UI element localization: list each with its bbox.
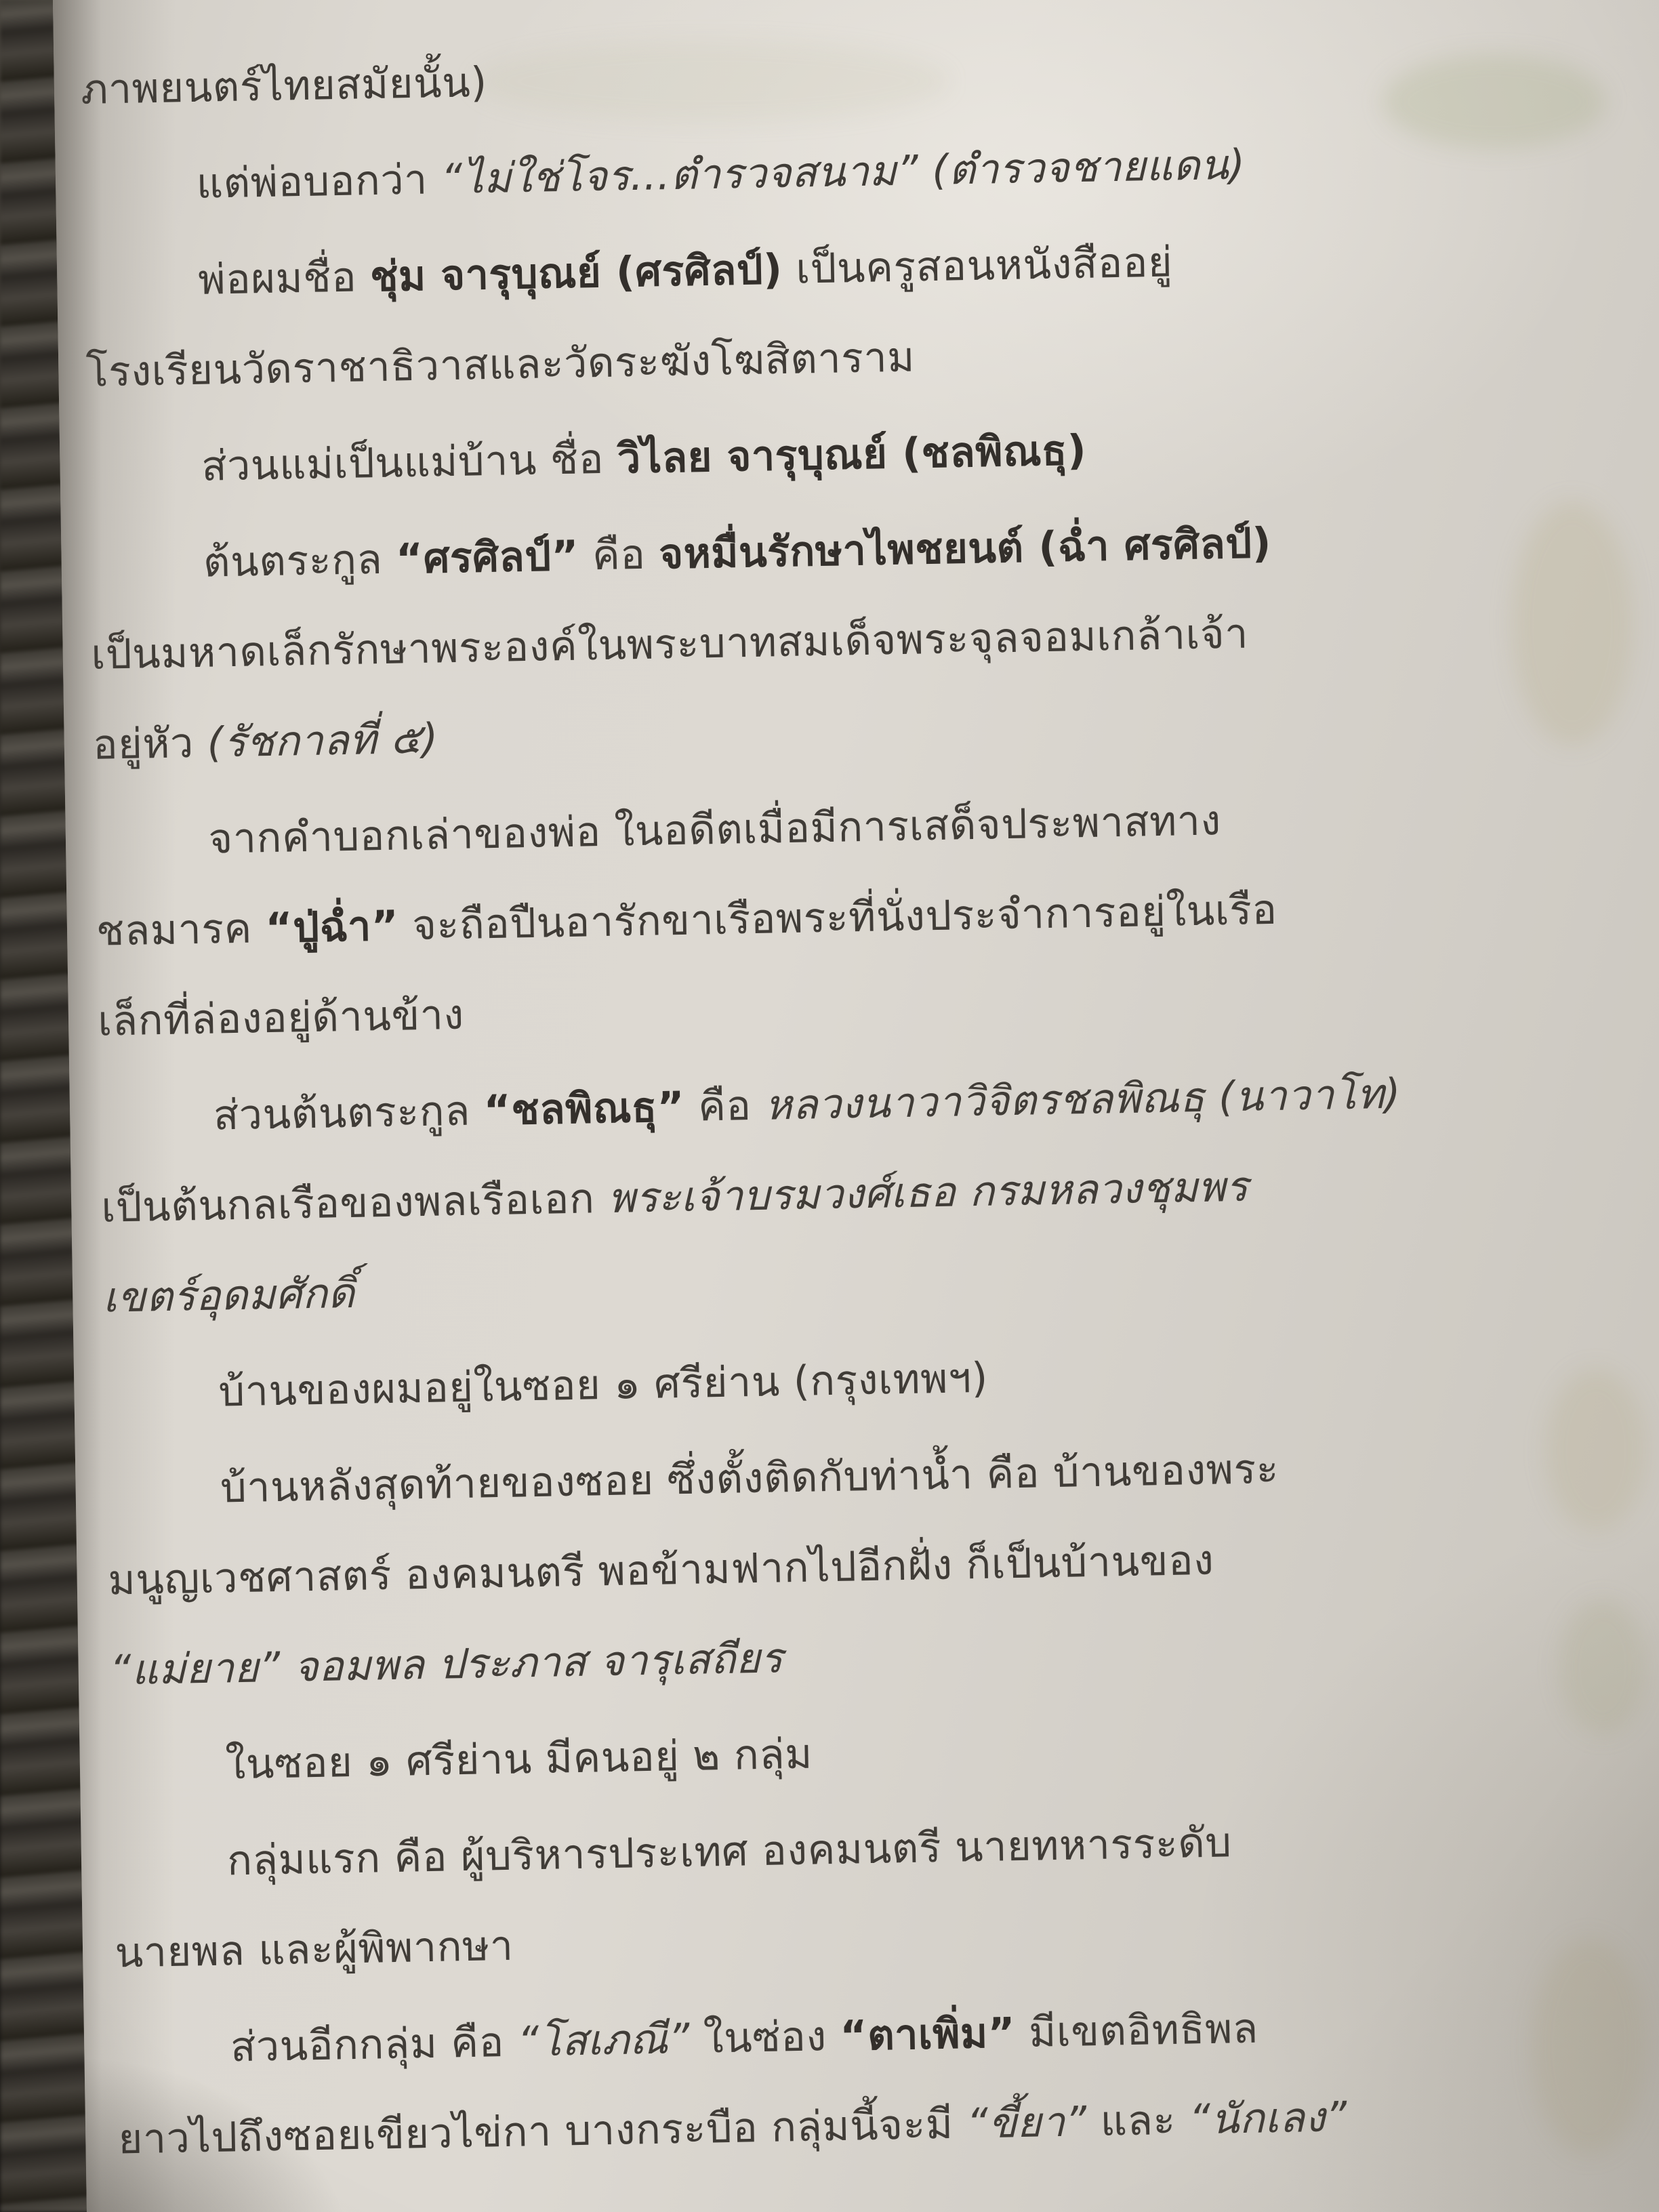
italic-text: “ขี้ยา” — [966, 2097, 1088, 2148]
text-line: มนูญเวชศาสตร์ องคมนตรี พอข้ามฟากไปอีกฝั่… — [107, 1507, 1659, 1626]
text-line: โรงเรียนวัดราชาธิวาสและวัดระฆังโฆสิตาราม — [85, 299, 1637, 417]
body-text: บ้านหลังสุดท้ายของซอย ซึ่งตั้งติดกับท่าน… — [220, 1445, 1279, 1513]
italic-text: เขตร์อุดมศักดิ์ — [102, 1269, 355, 1322]
text-line: “แม่ยาย” จอมพล ประภาส จารุเสถียร — [109, 1597, 1659, 1716]
text-line: เป็นมหาดเล็กรักษาพระองค์ในพระบาทสมเด็จพร… — [90, 581, 1642, 700]
text-line: ภาพยนตร์ไทยสมัยนั้น) — [80, 16, 1632, 135]
text-line: กลุ่มแรก คือ ผู้บริหารประเทศ องคมนตรี นา… — [112, 1790, 1659, 1908]
text-line: เขตร์อุดมศักดิ์ — [102, 1225, 1654, 1343]
text-line: บ้านหลังสุดท้ายของซอย ซึ่งตั้งติดกับท่าน… — [106, 1417, 1658, 1536]
body-text: ส่วนแม่เป็นแม่บ้าน ชื่อ — [201, 435, 618, 491]
paragraph: กลุ่มแรก คือ ผู้บริหารประเทศ องคมนตรี นา… — [112, 1790, 1659, 1999]
show-through-stain — [1559, 1599, 1647, 1735]
body-text: นายพล และผู้พิพากษา — [115, 1922, 514, 1978]
show-through-stain — [1545, 1369, 1647, 1532]
paragraph: ส่วนอีกกลุ่ม คือ “โสเภณี” ในซ่อง “ตาเพิ่… — [116, 1976, 1659, 2185]
body-text: โรงเรียนวัดราชาธิวาสและวัดระฆังโฆสิตาราม — [85, 333, 915, 396]
italic-text: (ตำรวจชายแดน) — [918, 141, 1246, 195]
text-line: ต้นตระกูล “ศรศิลป์” คือ จหมื่นรักษาไพชยน… — [89, 491, 1641, 610]
body-text: ต้นตระกูล — [203, 535, 396, 587]
paragraph: แต่พ่อบอกว่า “ไม่ใช่โจร...ตำรวจสนาม” (ตำ… — [82, 112, 1634, 231]
text-line: ในซอย ๑ ศรีย่าน มีคนอยู่ ๒ กลุ่ม — [110, 1694, 1659, 1812]
paragraph: พ่อผมชื่อ ชุ่ม จารุบุณย์ (ศรศิลป์) เป็นค… — [83, 209, 1637, 417]
bold-text: วิไลย จารุบุณย์ (ชลพิณธุ) — [617, 426, 1087, 483]
text-line: พ่อผมชื่อ ชุ่ม จารุบุณย์ (ศรศิลป์) เป็นค… — [83, 209, 1635, 327]
italic-text: (รัชกาลที่ ๕) — [207, 714, 438, 766]
body-text: ในซอย ๑ ศรีย่าน มีคนอยู่ ๒ กลุ่ม — [225, 1730, 813, 1789]
body-text: คือ — [684, 1082, 766, 1131]
text-line: แต่พ่อบอกว่า “ไม่ใช่โจร...ตำรวจสนาม” (ตำ… — [82, 112, 1634, 231]
show-through-stain — [1511, 501, 1633, 745]
paragraph: ต้นตระกูล “ศรศิลป์” คือ จหมื่นรักษาไพชยน… — [89, 491, 1644, 790]
paragraph: ภาพยนตร์ไทยสมัยนั้น) — [80, 16, 1632, 135]
body-text: ยาวไปถึงซอยเขียวไข่กา บางกระบือ กลุ่มนี้… — [118, 2100, 967, 2164]
bold-text: “ตาเพิ่ม” — [840, 2009, 1016, 2060]
body-text: ส่วนอีกกลุ่ม คือ — [230, 2018, 518, 2072]
paragraph: ในซอย ๑ ศรีย่าน มีคนอยู่ ๒ กลุ่ม — [110, 1694, 1659, 1812]
body-text: จะถือปืนอารักขาเรือพระที่นั่งประจำการอยู… — [398, 886, 1278, 950]
body-text: เป็นต้นกลเรือของพลเรือเอก — [101, 1174, 609, 1232]
text-line: เป็นต้นกลเรือของพลเรือเอก พระเจ้าบรมวงศ์… — [100, 1134, 1652, 1253]
body-text: ในซ่อง — [689, 2012, 840, 2063]
paragraph: บ้านหลังสุดท้ายของซอย ซึ่งตั้งติดกับท่าน… — [106, 1417, 1659, 1716]
body-text: ชลมารค — [96, 904, 266, 956]
body-text: แต่พ่อบอกว่า — [196, 155, 441, 208]
text-line: ยาวไปถึงซอยเขียวไข่กา บางกระบือ กลุ่มนี้… — [117, 2066, 1659, 2185]
body-text: ส่วนต้นตระกูล — [213, 1086, 484, 1139]
body-text: คือ — [578, 530, 659, 579]
text-line: ส่วนอีกกลุ่ม คือ “โสเภณี” ในซ่อง “ตาเพิ่… — [116, 1976, 1659, 2095]
italic-text: หลวงนาวาวิจิตรชลพิณธุ (นาวาโท) — [764, 1070, 1401, 1130]
body-text: เล็กที่ล่องอยู่ด้านข้าง — [98, 991, 465, 1046]
italic-text: จอมพล ประภาส จารุเสถียร — [293, 1634, 783, 1691]
body-text: บ้านของผมอยู่ในซอย ๑ ศรีย่าน (กรุงเทพฯ) — [218, 1354, 989, 1416]
body-text: จากคำบอกเล่าของพ่อ ในอดีตเมื่อมีการเสด็จ… — [208, 796, 1222, 863]
text-line: อยู่หัว (รัชกาลที่ ๕) — [92, 672, 1644, 790]
italic-text: พระเจ้าบรมวงศ์เธอ กรมหลวงชุมพร — [608, 1163, 1249, 1223]
body-text: อยู่หัว — [92, 719, 207, 769]
text-line: บ้านของผมอยู่ในซอย ๑ ศรีย่าน (กรุงเทพฯ) — [104, 1321, 1656, 1439]
text-line: เล็กที่ล่องอยู่ด้านข้าง — [97, 948, 1649, 1067]
italic-text: “นักเลง” — [1189, 2093, 1348, 2144]
bold-text: “ชลพิณธุ” — [483, 1083, 685, 1134]
paragraph: ส่วนแม่เป็นแม่บ้าน ชื่อ วิไลย จารุบุณย์ … — [87, 395, 1639, 514]
body-text: ผู้บริหารประเทศ องคมนตรี นายทหารระดับ — [460, 1818, 1232, 1881]
body-text: กลุ่มแรก คือ — [226, 1832, 461, 1885]
bold-text: ชุ่ม จารุบุณย์ (ศรศิลป์) — [369, 245, 783, 301]
italic-text: “ไม่ใช่โจร...ตำรวจสนาม” — [441, 146, 919, 203]
text-line: นายพล และผู้พิพากษา — [114, 1880, 1659, 1999]
text-line: จากคำบอกเล่าของพ่อ ในอดีตเมื่อมีการเสด็จ… — [94, 768, 1645, 886]
italic-text: “โสเภณี” — [517, 2015, 691, 2066]
body-text: มีเขตอิทธิพล — [1015, 2005, 1259, 2057]
page-text: ภาพยนตร์ไทยสมัยนั้น)แต่พ่อบอกว่า “ไม่ใช่… — [80, 16, 1659, 2190]
photographed-book-page: { "page": { "language": "th", "ink_color… — [0, 0, 1659, 2212]
body-text: มนูญเวชศาสตร์ องคมนตรี พอข้ามฟากไปอีกฝั่… — [108, 1536, 1214, 1605]
show-through-stain — [474, 41, 949, 122]
paragraph: บ้านของผมอยู่ในซอย ๑ ศรีย่าน (กรุงเทพฯ) — [104, 1321, 1656, 1439]
italic-text: “แม่ยาย” — [109, 1643, 294, 1695]
text-line: ชลมารค “ปู่ฉ่ำ” จะถือปืนอารักขาเรือพระที… — [96, 858, 1647, 977]
body-text: และ — [1086, 2096, 1189, 2146]
bold-text: จหมื่นรักษาไพชยนต์ (ฉ่ำ ศรศิลป์) — [659, 519, 1272, 579]
bold-text: “ศรศิลป์” — [396, 532, 579, 583]
paragraph: จากคำบอกเล่าของพ่อ ในอดีตเมื่อมีการเสด็จ… — [94, 768, 1649, 1067]
body-text: พ่อผมชื่อ — [198, 253, 371, 304]
paper-page: ภาพยนตร์ไทยสมัยนั้น)แต่พ่อบอกว่า “ไม่ใช่… — [0, 0, 1659, 2212]
body-text: เป็นครูสอนหนังสืออยู่ — [782, 239, 1173, 294]
bold-text: “ปู่ฉ่ำ” — [265, 902, 399, 953]
body-text: ภาพยนตร์ไทยสมัยนั้น) — [81, 58, 488, 114]
show-through-stain — [1382, 54, 1606, 149]
body-text: เป็นมหาดเล็กรักษาพระองค์ในพระบาทสมเด็จพร… — [91, 610, 1249, 679]
text-line: ส่วนแม่เป็นแม่บ้าน ชื่อ วิไลย จารุบุณย์ … — [87, 395, 1639, 514]
show-through-stain — [1532, 1938, 1647, 2155]
paragraph: ส่วนต้นตระกูล “ชลพิณธุ” คือ หลวงนาวาวิจิ… — [99, 1044, 1654, 1343]
text-line: ส่วนต้นตระกูล “ชลพิณธุ” คือ หลวงนาวาวิจิ… — [99, 1044, 1651, 1163]
